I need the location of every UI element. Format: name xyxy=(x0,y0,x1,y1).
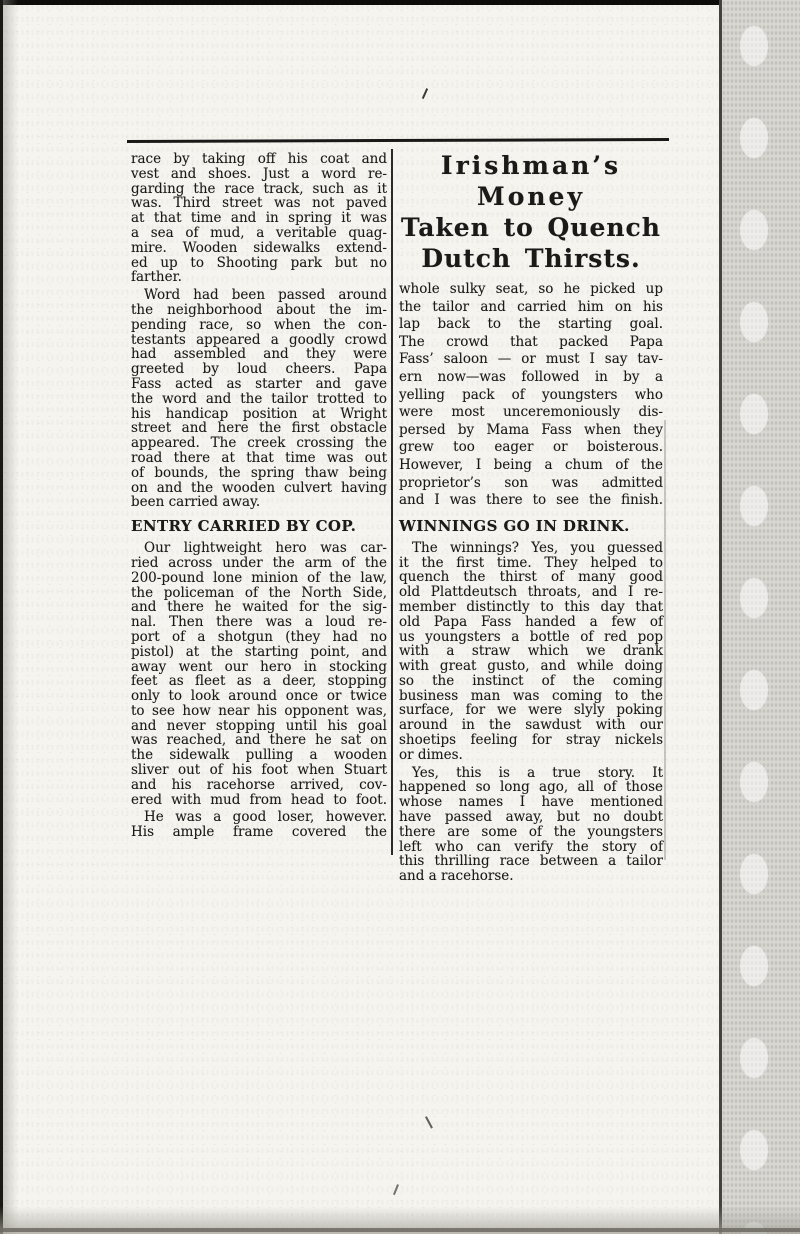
article-line: with great gusto, and while doing xyxy=(399,659,663,674)
article-line: of bounds, the spring thaw being xyxy=(131,466,387,481)
article-line: old Papa Fass handed a few of xyxy=(399,615,663,630)
article-paragraph: Word had been passed aroundthe neighborh… xyxy=(131,288,387,510)
article-line: the policeman of the North Side, xyxy=(131,586,387,601)
article-line: Fass acted as starter and gave xyxy=(131,377,387,392)
article-line: pending race, so when the con- xyxy=(131,318,387,333)
article-line: business man was coming to the xyxy=(399,689,663,704)
article-line: or dimes. xyxy=(399,748,663,763)
article-paragraph: Our lightweight hero was car-ried across… xyxy=(131,541,387,807)
headline-line: Taken to Quench xyxy=(399,212,663,243)
article-line: He was a good loser, however. xyxy=(131,810,387,825)
article-line: and never stopping until his goal xyxy=(131,719,387,734)
article-line: ed up to Shooting park but no xyxy=(131,256,387,271)
article-line: and I was there to see the finish. xyxy=(399,492,663,510)
article-paragraph: He was a good loser, however.His ample f… xyxy=(131,810,387,840)
article-line: appeared. The creek crossing the xyxy=(131,436,387,451)
article-line: old Plattdeutsch throats, and I re- xyxy=(399,585,663,600)
article-headline: Irishman’s MoneyTaken to QuenchDutch Thi… xyxy=(399,150,663,274)
article-paragraph: whole sulky seat, so he picked upthe tai… xyxy=(399,281,663,510)
article-line: yelling pack of youngsters who xyxy=(399,387,663,405)
scan-artifact xyxy=(393,1184,399,1195)
article-line: had assembled and they were xyxy=(131,347,387,362)
article-line: the neighborhood about the im- xyxy=(131,303,387,318)
article-line: road there at that time was out xyxy=(131,451,387,466)
article-line: with a straw which we drank xyxy=(399,644,663,659)
article-line: surface, for we were slyly poking xyxy=(399,703,663,718)
article-line: Fass’ saloon — or must I say tav- xyxy=(399,351,663,369)
article-paragraph: The winnings? Yes, you guessedit the fir… xyxy=(399,541,663,763)
article-line: persed by Mama Fass when they xyxy=(399,422,663,440)
article-line: at that time and in spring it was xyxy=(131,211,387,226)
article-line: the sidewalk pulling a wooden xyxy=(131,748,387,763)
article-line: Word had been passed around xyxy=(131,288,387,303)
article-line: ered with mud from head to foot. xyxy=(131,793,387,808)
article-line: a sea of mud, a veritable quag- xyxy=(131,226,387,241)
article-line: The crowd that packed Papa xyxy=(399,334,663,352)
article-line: was reached, and there he sat on xyxy=(131,733,387,748)
article-line: were most unceremoniously dis- xyxy=(399,404,663,422)
page-edge-line xyxy=(719,0,722,1234)
scan-top-edge xyxy=(0,0,800,5)
scan-artifact xyxy=(425,1116,432,1128)
article-line: to see how near his opponent was, xyxy=(131,704,387,719)
article-paragraph: Yes, this is a true story. Ithappened so… xyxy=(399,766,663,884)
article-line: whole sulky seat, so he picked up xyxy=(399,281,663,299)
article-line: was. Third street was not paved xyxy=(131,196,387,211)
article-line: ried across under the arm of the xyxy=(131,556,387,571)
article-line: it the first time. They helped to xyxy=(399,556,663,571)
column-divider-line xyxy=(391,149,393,855)
article-line: so the instinct of the coming xyxy=(399,674,663,689)
article-line: Our lightweight hero was car- xyxy=(131,541,387,556)
article-line: However, I being a chum of the xyxy=(399,457,663,475)
article-line: us youngsters a bottle of red pop xyxy=(399,630,663,645)
article-line: feet as fleet as a deer, stopping xyxy=(131,674,387,689)
article-line: whose names I have mentioned xyxy=(399,795,663,810)
clipping-right-edge xyxy=(664,420,666,860)
article-line: ern now—was followed in by a xyxy=(399,369,663,387)
article-right-column: Irishman’s MoneyTaken to QuenchDutch Thi… xyxy=(399,150,663,887)
article-line: happened so long ago, all of those xyxy=(399,780,663,795)
article-line: street and here the first obstacle xyxy=(131,421,387,436)
section-heading: WINNINGS GO IN DRINK. xyxy=(399,518,663,535)
scan-right-margin xyxy=(722,0,800,1234)
article-line: Yes, this is a true story. It xyxy=(399,766,663,781)
article-line: the tailor and carried him on his xyxy=(399,299,663,317)
article-line: greeted by loud cheers. Papa xyxy=(131,362,387,377)
article-line: port of a shotgun (they had no xyxy=(131,630,387,645)
article-line: and a racehorse. xyxy=(399,869,663,884)
article-line: away went our hero in stocking xyxy=(131,660,387,675)
article-line: his handicap position at Wright xyxy=(131,407,387,422)
scan-page: race by taking off his coat andvest and … xyxy=(0,0,800,1234)
article-line: The winnings? Yes, you guessed xyxy=(399,541,663,556)
article-line: shoetips feeling for stray nickels xyxy=(399,733,663,748)
article-line: been carried away. xyxy=(131,495,387,510)
article-line: this thrilling race between a tailor xyxy=(399,854,663,869)
article-line: on and the wooden culvert having xyxy=(131,481,387,496)
article-line: grew too eager or boisterous. xyxy=(399,439,663,457)
article-line: have passed away, but no doubt xyxy=(399,810,663,825)
article-line: member distinctly to this day that xyxy=(399,600,663,615)
clipping-top-edge xyxy=(127,138,669,143)
article-line: left who can verify the story of xyxy=(399,840,663,855)
scan-left-edge xyxy=(0,0,3,1234)
article-line: testants appeared a goodly crowd xyxy=(131,333,387,348)
section-heading: ENTRY CARRIED BY COP. xyxy=(131,518,387,535)
article-line: pistol) at the starting point, and xyxy=(131,645,387,660)
article-line: vest and shoes. Just a word re- xyxy=(131,167,387,182)
scan-artifact xyxy=(422,88,428,99)
article-line: only to look around once or twice xyxy=(131,689,387,704)
article-line: sliver out of his foot when Stuart xyxy=(131,763,387,778)
article-line: there are some of the youngsters xyxy=(399,825,663,840)
article-line: lap back to the starting goal. xyxy=(399,316,663,334)
article-paragraph: race by taking off his coat andvest and … xyxy=(131,152,387,285)
headline-line: Dutch Thirsts. xyxy=(399,243,663,274)
article-line: proprietor’s son was admitted xyxy=(399,475,663,493)
article-line: the word and the tailor trotted to xyxy=(131,392,387,407)
article-left-column: race by taking off his coat andvest and … xyxy=(131,152,387,843)
article-line: around in the sawdust with our xyxy=(399,718,663,733)
article-line: farther. xyxy=(131,270,387,285)
article-right-column-body: whole sulky seat, so he picked upthe tai… xyxy=(399,281,663,884)
article-line: mire. Wooden sidewalks extend- xyxy=(131,241,387,256)
article-line: and there he waited for the sig- xyxy=(131,600,387,615)
headline-line: Irishman’s Money xyxy=(399,150,663,212)
article-line: quench the thirst of many good xyxy=(399,570,663,585)
article-line: nal. Then there was a loud re- xyxy=(131,615,387,630)
article-line: garding the race track, such as it xyxy=(131,182,387,197)
article-line: and his racehorse arrived, cov- xyxy=(131,778,387,793)
article-line: 200-pound lone minion of the law, xyxy=(131,571,387,586)
scan-bottom-edge xyxy=(0,1228,800,1232)
article-line: race by taking off his coat and xyxy=(131,152,387,167)
article-line: His ample frame covered the xyxy=(131,825,387,840)
